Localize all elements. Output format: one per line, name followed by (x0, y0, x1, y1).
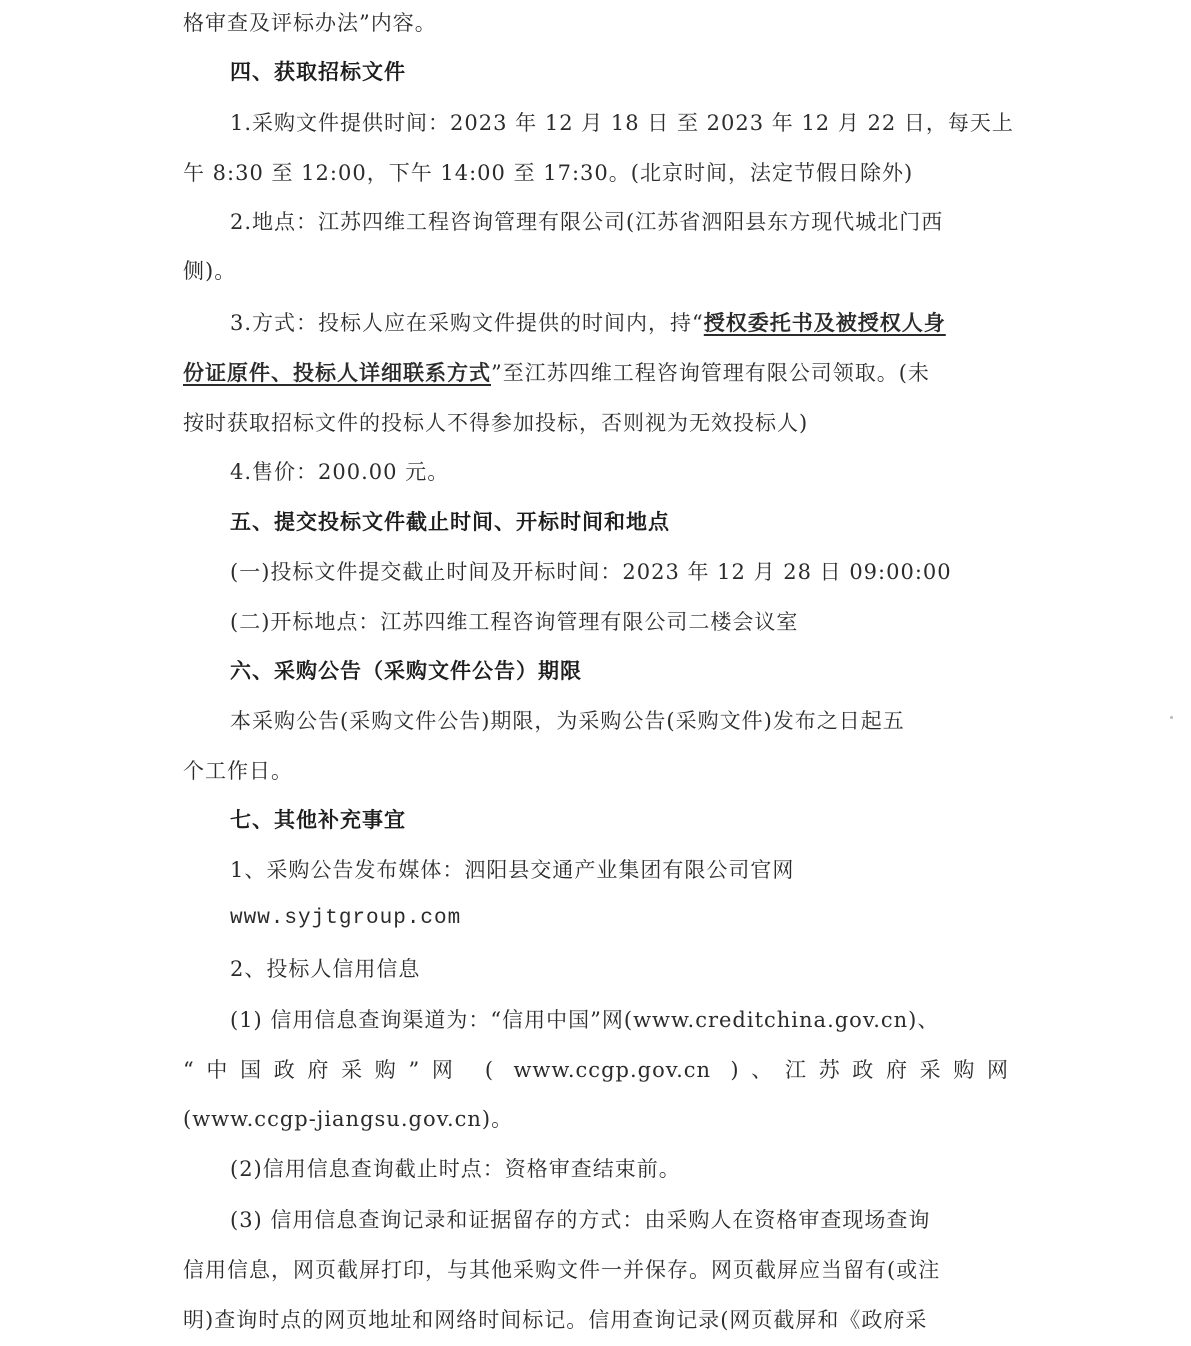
credit-record-line-2: 信用信息，网页截屏打印，与其他采购文件一并保存。网页截屏应当留有(或注 (183, 1255, 940, 1285)
credit-channel-line-3: (www.ccgp-jiangsu.gov.cn)。 (183, 1104, 513, 1134)
item-2-line-1: 2.地点：江苏四维工程咨询管理有限公司(江苏省泗阳县东方现代城北门西 (230, 207, 943, 237)
item-3-text-cont: ”至江苏四维工程咨询管理有限公司领取。(未 (491, 361, 930, 385)
item-3-text: 3.方式：投标人应在采购文件提供的时间内，持“ (230, 311, 704, 335)
credit-record-line-1: (3) 信用信息查询记录和证据留存的方式：由采购人在资格审查现场查询 (230, 1205, 930, 1235)
credit-channel-line-2: “中国政府采购”网 ( www.ccgp.gov.cn )、江苏政府采购网 (183, 1055, 1009, 1085)
deadline-line: (一)投标文件提交截止时间及开标时间：2023 年 12 月 28 日 09:0… (230, 557, 952, 587)
item-3-line-1: 3.方式：投标人应在采购文件提供的时间内，持“授权委托书及被授权人身 (230, 308, 946, 338)
opening-location-line: (二)开标地点：江苏四维工程咨询管理有限公司二楼会议室 (230, 607, 798, 637)
item-1-line-1: 1.采购文件提供时间：2023 年 12 月 18 日 至 2023 年 12 … (230, 108, 1014, 138)
item-2-line-2: 侧)。 (183, 256, 236, 286)
credit-heading: 2、投标人信用信息 (230, 954, 420, 984)
credit-channel-line-1: (1) 信用信息查询渠道为：“信用中国”网(www.creditchina.go… (230, 1005, 939, 1035)
section-heading-6: 六、采购公告（采购文件公告）期限 (230, 656, 582, 686)
media-line: 1、采购公告发布媒体：泗阳县交通产业集团有限公司官网 (230, 855, 794, 885)
website-url: www.syjtgroup.com (230, 904, 461, 934)
item-4: 4.售价：200.00 元。 (230, 457, 449, 487)
section-heading-5: 五、提交投标文件截止时间、开标时间和地点 (230, 507, 670, 537)
item-1-line-2: 午 8:30 至 12:00，下午 14:00 至 17:30。(北京时间，法定… (183, 158, 913, 188)
credit-record-line-3: 明)查询时点的网页地址和网络时间标记。信用查询记录(网页截屏和《政府采 (183, 1305, 927, 1335)
period-line-2: 个工作日。 (183, 756, 293, 786)
item-3-emphasis: 授权委托书及被授权人身 (704, 310, 946, 335)
period-line-1: 本采购公告(采购文件公告)期限，为采购公告(采购文件)发布之日起五 (230, 706, 905, 736)
item-3-emphasis-cont: 份证原件、投标人详细联系方式 (183, 360, 491, 385)
section-heading-7: 七、其他补充事宜 (230, 805, 406, 835)
credit-deadline-line: (2)信用信息查询截止时点：资格审查结束前。 (230, 1154, 681, 1184)
section-heading-4: 四、获取招标文件 (230, 57, 406, 87)
item-3-line-2: 份证原件、投标人详细联系方式”至江苏四维工程咨询管理有限公司领取。(未 (183, 358, 930, 388)
scan-artifact (1170, 716, 1173, 719)
item-3-line-3: 按时获取招标文件的投标人不得参加投标，否则视为无效投标人) (183, 408, 808, 438)
paragraph-continuation: 格审查及评标办法”内容。 (183, 8, 437, 38)
